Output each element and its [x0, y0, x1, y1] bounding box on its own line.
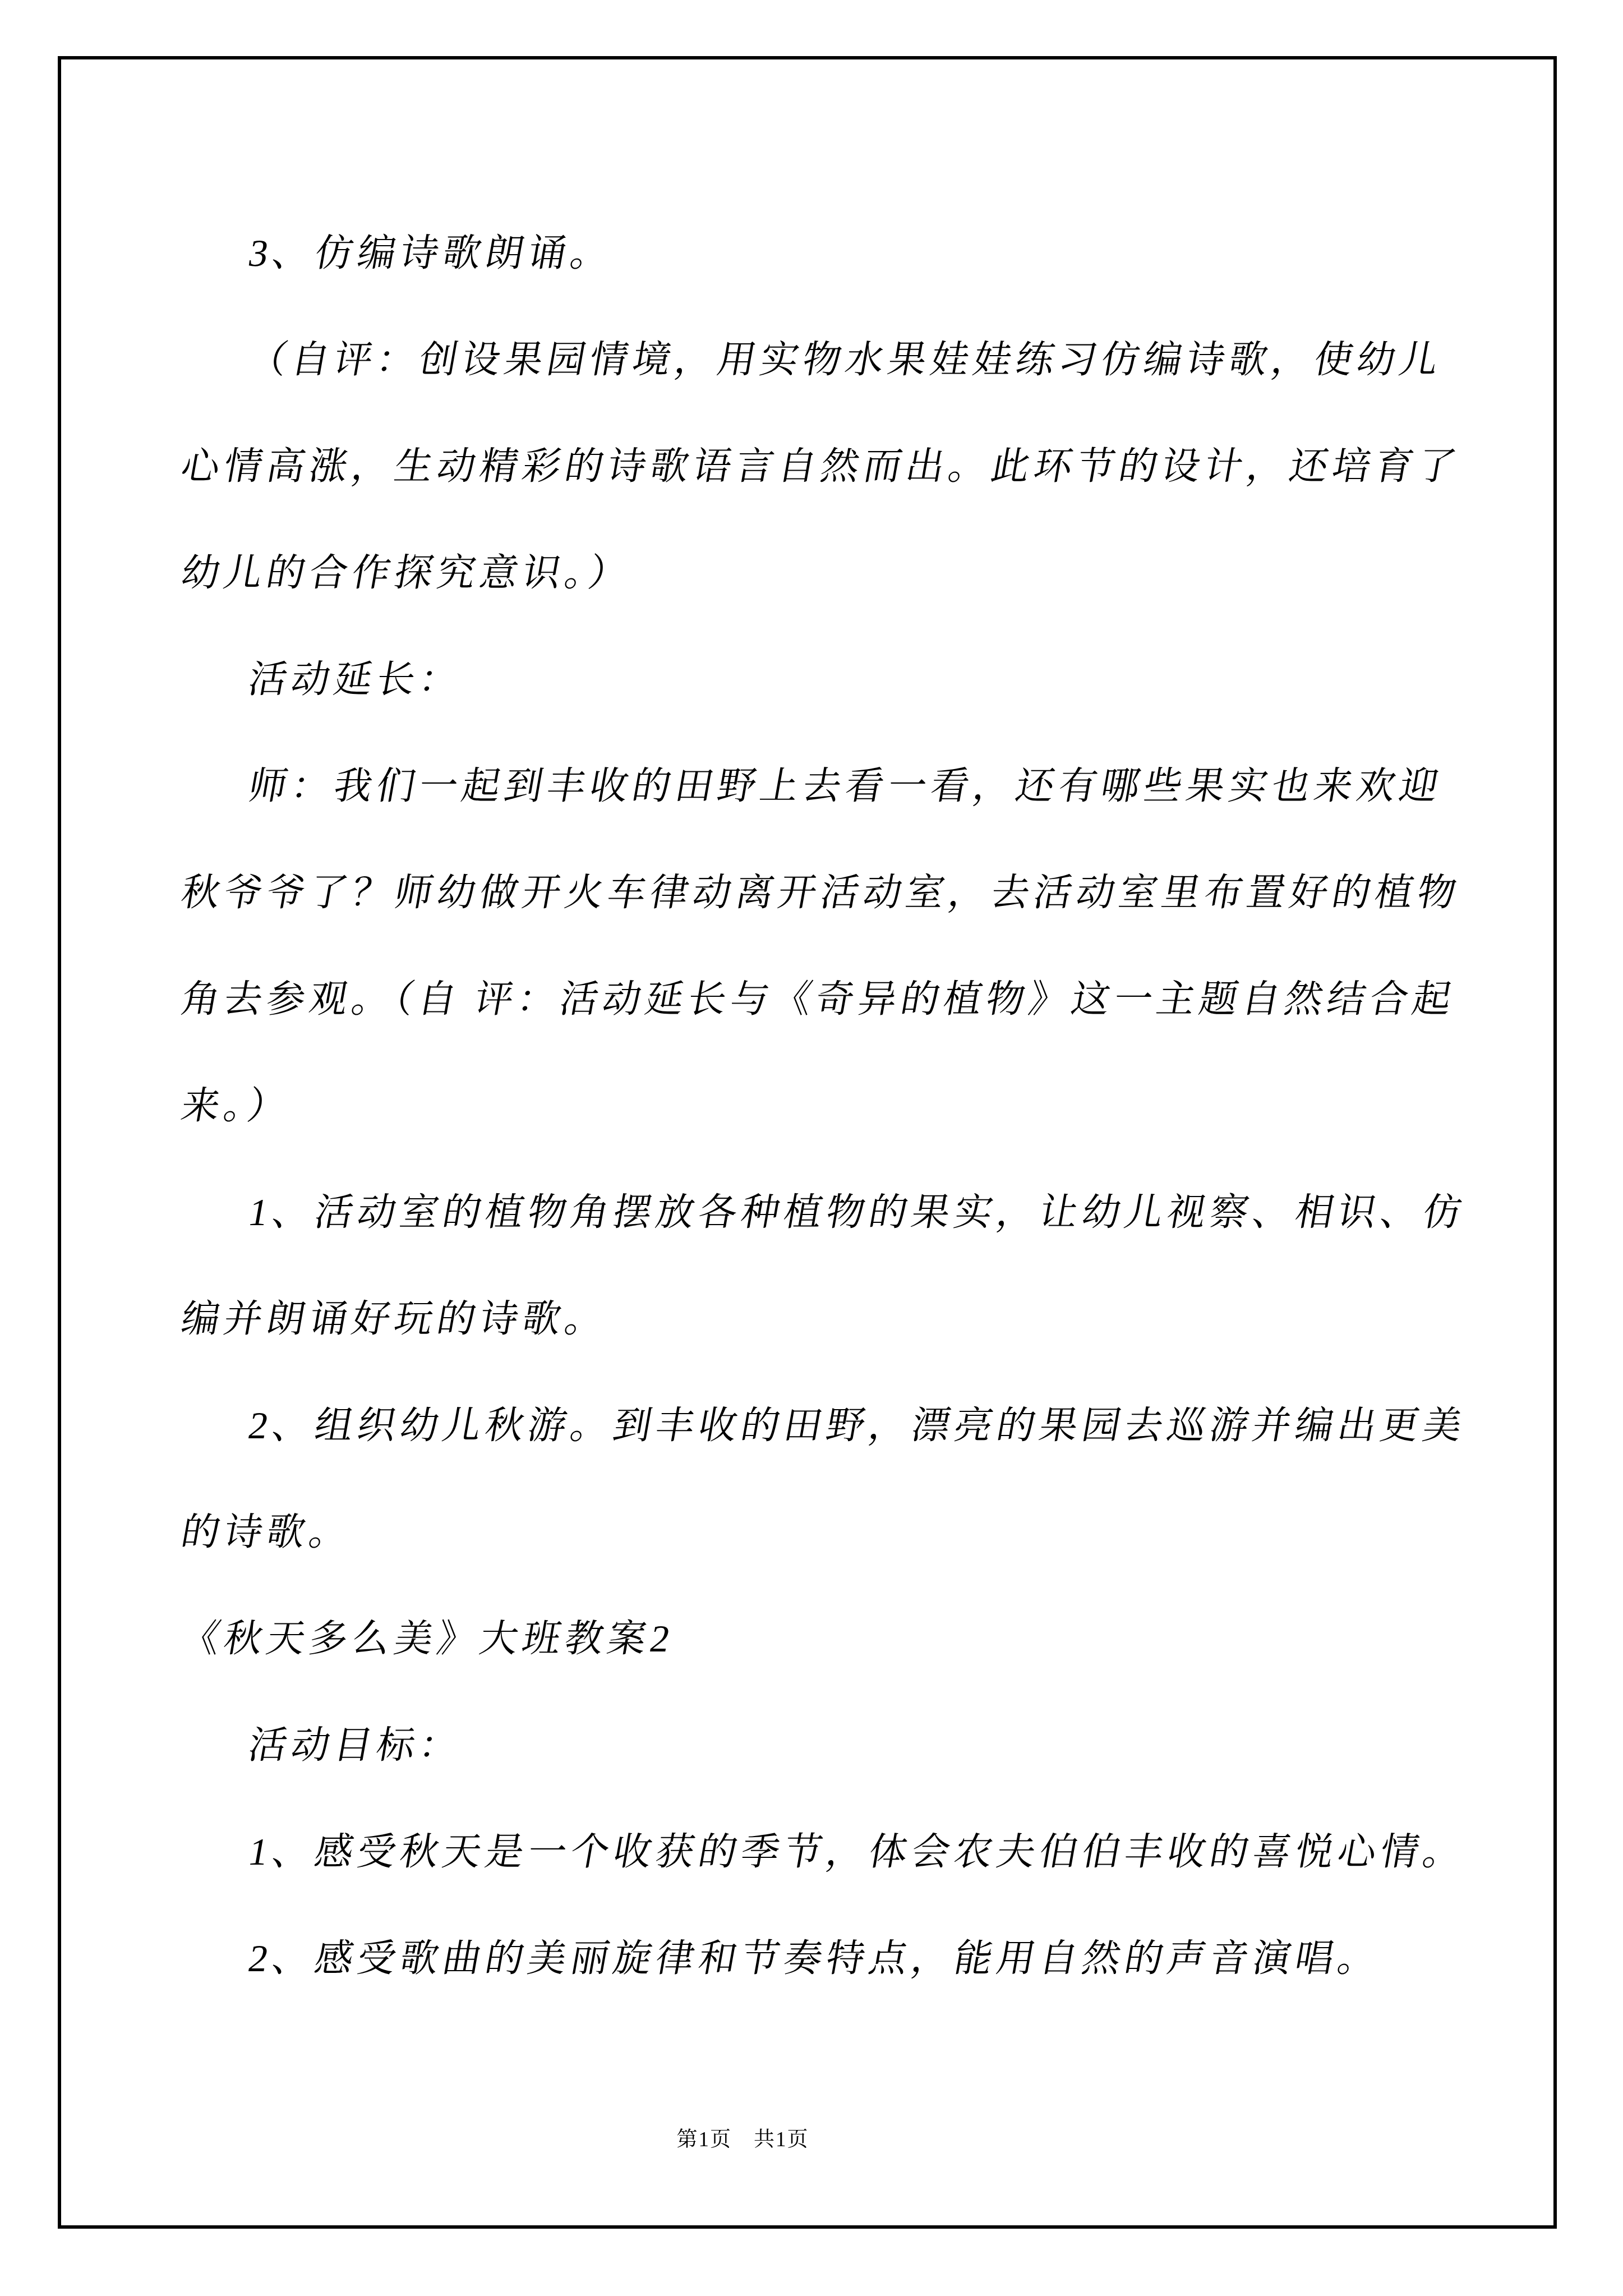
- text-line-9: 来。）: [172, 1052, 1504, 1159]
- text-line-1: 3、仿编诗歌朗诵。: [172, 200, 1504, 306]
- text-line-16: 1、感受秋天是一个收获的季节，体会农夫伯伯丰收的喜悦心情。: [172, 1798, 1504, 1905]
- text-line-8: 角去参观。（自 评：活动延长与《奇异的植物》这一主题自然结合起: [172, 946, 1504, 1052]
- text-line-7: 秋爷爷了？师幼做开火车律动离开活动室，去活动室里布置好的植物: [172, 839, 1504, 946]
- document-body: 3、仿编诗歌朗诵。（自评：创设果园情境，用实物水果娃娃练习仿编诗歌，使幼儿心情高…: [182, 200, 1494, 2012]
- text-line-11: 编并朗诵好玩的诗歌。: [172, 1266, 1504, 1372]
- text-line-10: 1、活动室的植物角摆放各种植物的果实，让幼儿视察、相识、仿: [172, 1159, 1504, 1266]
- text-line-3: 心情高涨，生动精彩的诗歌语言自然而出。此环节的设计，还培育了: [172, 413, 1504, 519]
- text-line-5: 活动延长：: [172, 626, 1504, 733]
- text-line-15: 活动目标：: [172, 1692, 1504, 1798]
- text-line-6: 师：我们一起到丰收的田野上去看一看，还有哪些果实也来欢迎: [172, 733, 1504, 839]
- text-line-13: 的诗歌。: [172, 1479, 1504, 1585]
- text-line-12: 2、组织幼儿秋游。到丰收的田野，漂亮的果园去巡游并编出更美: [172, 1372, 1504, 1479]
- text-line-4: 幼儿的合作探究意识。）: [172, 519, 1504, 626]
- text-line-17: 2、感受歌曲的美丽旋律和节奏特点，能用自然的声音演唱。: [172, 1905, 1504, 2012]
- text-line-2: （自评：创设果园情境，用实物水果娃娃练习仿编诗歌，使幼儿: [172, 306, 1504, 413]
- document-page: 3、仿编诗歌朗诵。（自评：创设果园情境，用实物水果娃娃练习仿编诗歌，使幼儿心情高…: [0, 0, 1623, 2296]
- text-line-14: 《秋天多么美》大班教案2: [172, 1585, 1504, 1692]
- page-footer: 第1页 共1页: [0, 2126, 1492, 2154]
